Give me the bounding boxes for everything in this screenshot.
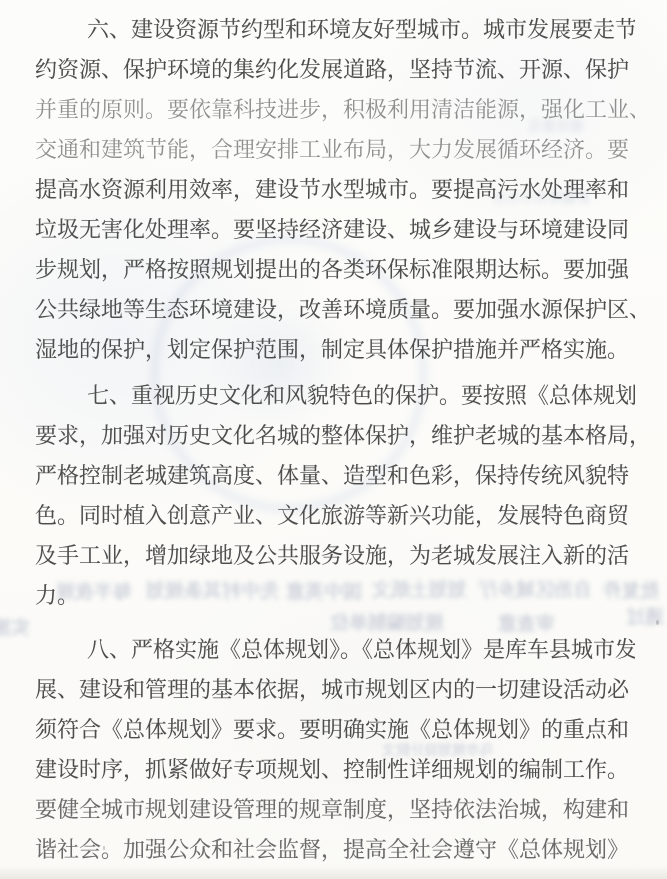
text-line: 湿地的保护，划定保护范围，制定具体保护措施并严格实施。	[35, 330, 635, 370]
text-line: 垃圾无害化处理率。要坚持经济建设、城乡建设与环境建设同	[35, 210, 635, 250]
paragraph-section-6: 六、建设资源节约型和环境友好型城市。城市发展要走节 约资源、保护环境的集约化发展…	[35, 10, 635, 370]
text-line: 要健全城市规划建设管理的规章制度，坚持依法治城，构建和	[35, 790, 635, 830]
paragraph-section-8: 八、严格实施《总体规划》。《总体规划》是库车县城市发 展、建设和管理的基本依据，…	[35, 630, 635, 870]
text-line: 色。同时植入创意产业、文化旅游等新兴功能，发展特色商贸	[35, 496, 635, 536]
text-line: 严格控制老城建筑高度、体量、造型和色彩，保持传统风貌特	[35, 456, 635, 496]
text-line: 建设时序，抓紧做好专项规划、控制性详细规划的编制工作。	[35, 750, 635, 790]
text-line: 力。	[35, 576, 635, 616]
bleed-through-text: 实施	[0, 617, 30, 641]
text-line: 须符合《总体规划》要求。要明确实施《总体规划》的重点和	[35, 710, 635, 750]
text-line: 谐社会。加强公众和社会监督，提高全社会遵守《总体规划》	[35, 830, 635, 870]
scan-speck	[523, 510, 526, 513]
scan-speck	[656, 620, 659, 625]
scan-speck	[536, 640, 538, 642]
document-content: 六、建设资源节约型和环境友好型城市。城市发展要走节 约资源、保护环境的集约化发展…	[35, 10, 635, 870]
scan-speck	[103, 846, 105, 850]
text-line: 展、建设和管理的基本依据，城市规划区内的一切建设活动必	[35, 670, 635, 710]
text-line: 及手工业，增加绿地及公共服务设施，为老城发展注入新的活	[35, 536, 635, 576]
text-line: 交通和建筑节能，合理安排工业布局，大力发展循环经济。要	[35, 130, 635, 170]
text-line: 公共绿地等生态环境建设，改善环境质量。要加强水源保护区、	[35, 290, 635, 330]
text-line: 八、严格实施《总体规划》。《总体规划》是库车县城市发	[35, 630, 635, 670]
text-line: 约资源、保护环境的集约化发展道路，坚持节流、开源、保护	[35, 50, 635, 90]
text-line: 要求，加强对历史文化名城的整体保护，维护老城的基本格局，	[35, 416, 635, 456]
scan-edge-shadow	[0, 866, 667, 879]
text-line: 步规划，严格按照规划提出的各类环保标准限期达标。要加强	[35, 250, 635, 290]
text-line: 提高水资源利用效率，建设节水型城市。要提高污水处理率和	[35, 170, 635, 210]
document-page: 每半夜规 先中村其条规划 国中英意 划划土纸文 自治区城乡厅 批复件 实施 规划…	[0, 0, 667, 879]
text-line: 并重的原则。要依靠科技进步，积极利用清洁能源，强化工业、	[35, 90, 635, 130]
text-line: 六、建设资源节约型和环境友好型城市。城市发展要走节	[35, 10, 635, 50]
text-line: 七、重视历史文化和风貌特色的保护。要按照《总体规划》	[35, 376, 635, 416]
paragraph-section-7: 七、重视历史文化和风貌特色的保护。要按照《总体规划》 要求，加强对历史文化名城的…	[35, 376, 635, 616]
